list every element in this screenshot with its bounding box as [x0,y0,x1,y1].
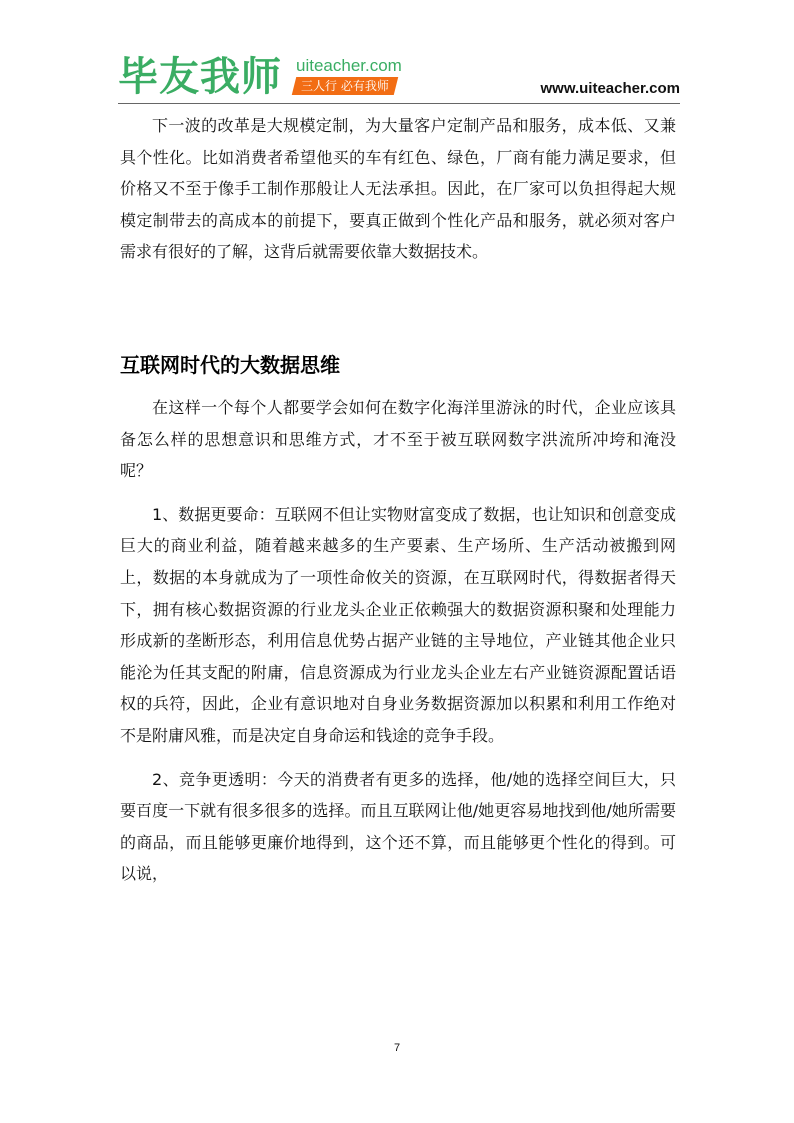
paragraph: 在这样一个每个人都要学会如何在数字化海洋里游泳的时代，企业应该具备怎么样的思想意… [120,392,676,487]
intro-paragraph: 下一波的改革是大规模定制，为大量客户定制产品和服务，成本低、又兼具个性化。比如消… [120,110,676,268]
spacer [120,752,676,764]
spacer [120,380,676,392]
document-body: 下一波的改革是大规模定制，为大量客户定制产品和服务，成本低、又兼具个性化。比如消… [120,110,676,890]
spacer [120,268,676,350]
section-heading: 互联网时代的大数据思维 [120,350,676,380]
slogan-text: 三人行 必有我师 [301,77,389,95]
site-url: www.uiteacher.com [541,80,681,97]
page-header: 毕友我师 uiteacher.com 三人行 必有我师 www.uiteache… [118,52,680,104]
logo-slogan-badge: 三人行 必有我师 [292,77,398,95]
header-divider [118,103,680,104]
page-number: 7 [0,1042,794,1054]
logo-domain: uiteacher.com [296,56,402,76]
spacer [120,487,676,499]
paragraph: 2、竞争更透明：今天的消费者有更多的选择，他/她的选择空间巨大，只要百度一下就有… [120,764,676,890]
logo-chinese: 毕友我师 [118,52,282,102]
paragraph: 1、数据更要命：互联网不但让实物财富变成了数据，也让知识和创意变成巨大的商业利益… [120,499,676,752]
